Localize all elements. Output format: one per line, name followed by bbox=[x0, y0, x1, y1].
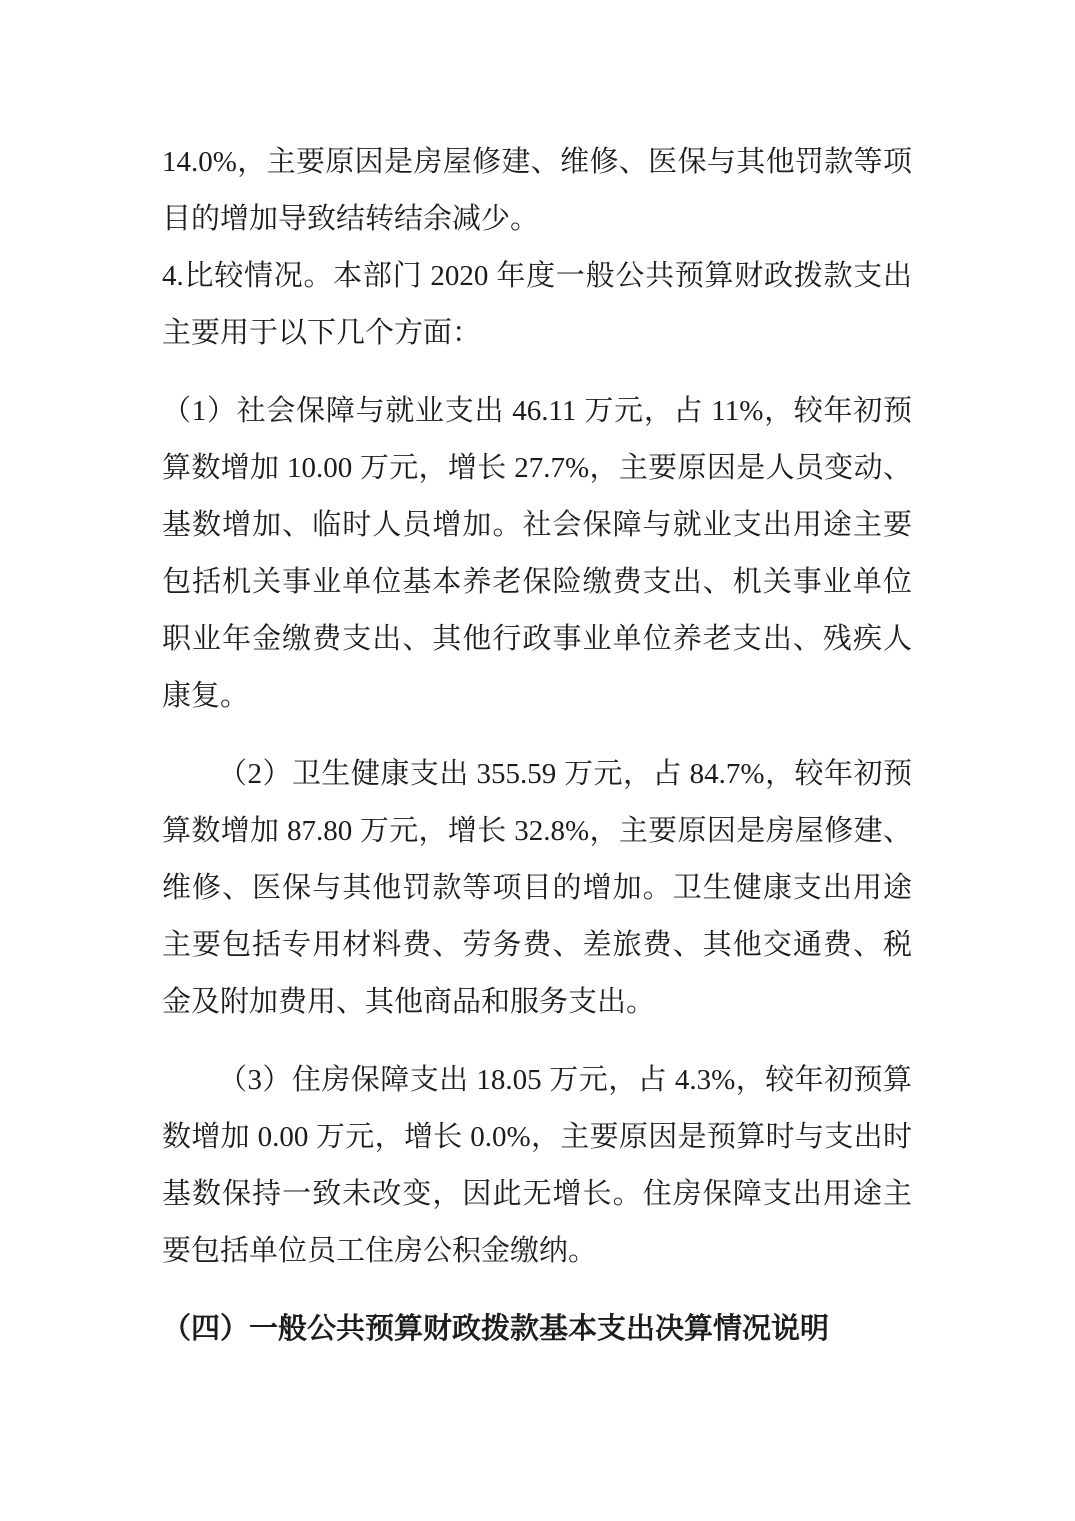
text-line: 主要包括专用材料费、劳务费、差旅费、其他交通费、税 bbox=[162, 917, 912, 974]
paragraph-health: （2）卫生健康支出 355.59 万元，占 84.7%，较年初预 算数增加 87… bbox=[162, 746, 912, 1031]
paragraph-social-security: （1）社会保障与就业支出 46.11 万元，占 11%，较年初预 算数增加 10… bbox=[162, 383, 912, 725]
text-line: 康复。 bbox=[162, 668, 912, 725]
text-line: 数增加 0.00 万元，增长 0.0%，主要原因是预算时与支出时 bbox=[162, 1109, 912, 1166]
text-line: （3）住房保障支出 18.05 万元，占 4.3%，较年初预算 bbox=[162, 1052, 912, 1109]
paragraph-carryover: 14.0%，主要原因是房屋修建、维修、医保与其他罚款等项 目的增加导致结转结余减… bbox=[162, 134, 912, 248]
document-content: 14.0%，主要原因是房屋修建、维修、医保与其他罚款等项 目的增加导致结转结余减… bbox=[162, 134, 912, 1358]
section-heading: （四）一般公共预算财政拨款基本支出决算情况说明 bbox=[162, 1301, 912, 1358]
text-line: （1）社会保障与就业支出 46.11 万元，占 11%，较年初预 bbox=[162, 383, 912, 440]
text-line: 4.比较情况。本部门 2020 年度一般公共预算财政拨款支出 bbox=[162, 248, 912, 305]
text-line: 要包括单位员工住房公积金缴纳。 bbox=[162, 1223, 912, 1280]
text-line: 职业年金缴费支出、其他行政事业单位养老支出、残疾人 bbox=[162, 611, 912, 668]
document-page: 14.0%，主要原因是房屋修建、维修、医保与其他罚款等项 目的增加导致结转结余减… bbox=[0, 0, 1075, 1521]
paragraph-comparison: 4.比较情况。本部门 2020 年度一般公共预算财政拨款支出 主要用于以下几个方… bbox=[162, 248, 912, 362]
text-line: 维修、医保与其他罚款等项目的增加。卫生健康支出用途 bbox=[162, 860, 912, 917]
text-line: 目的增加导致结转结余减少。 bbox=[162, 191, 912, 248]
text-line: 14.0%，主要原因是房屋修建、维修、医保与其他罚款等项 bbox=[162, 134, 912, 191]
text-line: 算数增加 87.80 万元，增长 32.8%，主要原因是房屋修建、 bbox=[162, 803, 912, 860]
text-line: 算数增加 10.00 万元，增长 27.7%，主要原因是人员变动、 bbox=[162, 440, 912, 497]
paragraph-housing: （3）住房保障支出 18.05 万元，占 4.3%，较年初预算 数增加 0.00… bbox=[162, 1052, 912, 1280]
text-line: 包括机关事业单位基本养老保险缴费支出、机关事业单位 bbox=[162, 554, 912, 611]
text-line: 基数保持一致未改变，因此无增长。住房保障支出用途主 bbox=[162, 1166, 912, 1223]
text-line: 主要用于以下几个方面： bbox=[162, 305, 912, 362]
text-line: 金及附加费用、其他商品和服务支出。 bbox=[162, 974, 912, 1031]
text-line: （2）卫生健康支出 355.59 万元，占 84.7%，较年初预 bbox=[162, 746, 912, 803]
text-line: 基数增加、临时人员增加。社会保障与就业支出用途主要 bbox=[162, 497, 912, 554]
